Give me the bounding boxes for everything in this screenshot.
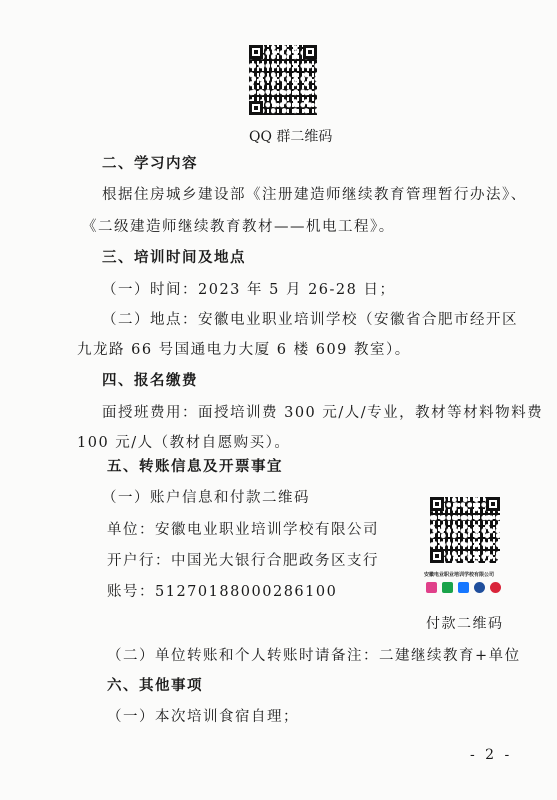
qq-group-qr-code — [249, 45, 317, 115]
training-time: （一）时间：2023 年 5 月 26-28 日； — [102, 281, 395, 299]
jd-pay-icon — [490, 582, 501, 593]
section-2-heading: 二、学习内容 — [102, 155, 198, 173]
section-4-heading: 四、报名缴费 — [102, 372, 198, 390]
training-place-line-1: （二）地点：安徽电业职业培训学校（安徽省合肥市经开区 — [102, 311, 518, 329]
payment-qr-org-label: 安徽电业职业培训学校有限公司 — [424, 571, 494, 578]
unionpay-icon — [474, 582, 485, 593]
fee-line-1: 面授班费用：面授培训费 300 元/人/专业，教材等材料物料费 — [102, 404, 543, 422]
section-6-heading: 六、其他事项 — [107, 677, 203, 695]
payee-unit: 单位：安徽电业职业培训学校有限公司 — [107, 521, 379, 539]
cloud-pay-icon — [426, 582, 437, 593]
bank-name: 开户行：中国光大银行合肥政务区支行 — [107, 552, 379, 570]
account-info-subheading: （一）账户信息和付款二维码 — [102, 489, 310, 507]
account-number: 账号：51270188000286100 — [107, 583, 337, 601]
section-5-heading: 五、转账信息及开票事宜 — [107, 458, 283, 476]
payment-qr-code — [430, 497, 500, 563]
page-number: - 2 - — [470, 747, 512, 763]
qq-qr-caption: QQ 群二维码 — [249, 126, 332, 146]
section-2-paragraph-1: 根据住房城乡建设部《注册建造师继续教育管理暂行办法》、 — [102, 186, 527, 204]
section-2-paragraph-2: 《二级建造师继续教育教材——机电工程》。 — [82, 218, 395, 236]
alipay-icon — [458, 582, 469, 593]
other-item-1: （一）本次培训食宿自理； — [107, 708, 299, 726]
document-page: QQ 群二维码 二、学习内容 根据住房城乡建设部《注册建造师继续教育管理暂行办法… — [0, 0, 557, 800]
fee-line-2: 100 元/人（教材自愿购买）。 — [77, 434, 290, 452]
section-3-heading: 三、培训时间及地点 — [102, 249, 246, 267]
payment-qr-caption: 付款二维码 — [426, 613, 504, 633]
transfer-note: （二）单位转账和个人转账时请备注：二建继续教育+单位 — [107, 647, 521, 665]
training-place-line-2: 九龙路 66 号国通电力大厦 6 楼 609 教室）。 — [77, 341, 411, 359]
wechat-pay-icon — [442, 582, 453, 593]
